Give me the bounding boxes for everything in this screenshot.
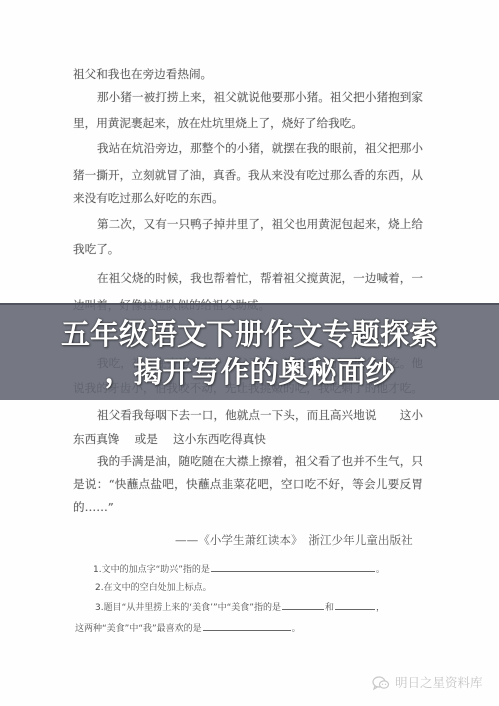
question-1-suffix: 。: [376, 565, 385, 575]
passage-line: 我吃了。: [73, 241, 423, 257]
watermark-text: 明日之星资料库: [395, 675, 483, 691]
question-3-continued: 这两种“美食”中“我”最喜欢的是。: [75, 620, 301, 634]
passage-line: 在祖父烧的时候，我也帮着忙，帮着祖父搅黄泥，一边喊着，一: [97, 270, 423, 286]
passage-line: 祖父看我每咽下去一口，他就点一下头，而且高兴地说 这小: [97, 407, 423, 423]
answer-blank: [211, 561, 375, 572]
question-3: 3.题目“从井里捞上来的‘美食’”中“美食”指的是和，: [95, 599, 385, 613]
passage-line: 猪一撕开，立刻就冒了油，真香。我从来没有吃过那么香的东西，从: [73, 167, 423, 183]
answer-blank: [335, 599, 375, 610]
question-3-cont-text: 这两种“美食”中“我”最喜欢的是: [75, 624, 202, 634]
source-citation: ——《小学生萧红读本》 浙江少年儿童出版社: [175, 532, 413, 548]
passage-line: 东西真馋 或是 这小东西吃得真快: [73, 431, 423, 447]
passage-line: 里，用黄泥裹起来，放在灶坑里烧上了，烧好了给我吃。: [73, 115, 423, 131]
passage-line: 第二次，又有一只鸭子掉井里了，祖父也用黄泥包起来，烧上给: [97, 216, 423, 232]
question-3-connector: 和: [325, 603, 334, 613]
passage-line: 来没有吃过那么好吃的东西。: [73, 190, 423, 206]
passage-line: 祖父和我也在旁边看热闹。: [73, 66, 423, 82]
watermark: 明日之星资料库: [372, 675, 483, 691]
headline-line-2: ，揭开写作的奥秘面纱: [0, 353, 499, 391]
question-3-suffix: ，: [376, 603, 385, 613]
passage-line: 是说：“快蘸点盐吧，快蘸点韭菜花吧，空口吃不好，等会儿要反胃: [73, 476, 423, 492]
question-3-text: 3.题目“从井里捞上来的‘美食’”中“美食”指的是: [95, 603, 281, 613]
question-2: 2.在文中的空白处加上标点。: [95, 581, 212, 595]
passage-line: 那小猪一被打捞上来，祖父就说他要那小猪。祖父把小猪抱到家: [97, 89, 423, 105]
answer-blank: [203, 620, 291, 631]
passage-line: 的……”: [73, 499, 423, 515]
question-3-cont-suffix: 。: [292, 624, 301, 634]
wechat-icon: [372, 675, 390, 691]
headline-line-1: 五年级语文下册作文专题探索: [0, 315, 499, 353]
answer-blank: [282, 599, 324, 610]
passage-line: 我的手满是油，随吃随在大襟上擦着，祖父看了也并不生气，只: [97, 453, 423, 469]
question-1-text: 1.文中的加点字“助兴”指的是: [93, 565, 210, 575]
passage-line: 我站在炕沿旁边，那整个的小猪，就摆在我的眼前，祖父把那小: [97, 140, 423, 156]
question-1: 1.文中的加点字“助兴”指的是。: [93, 561, 385, 575]
